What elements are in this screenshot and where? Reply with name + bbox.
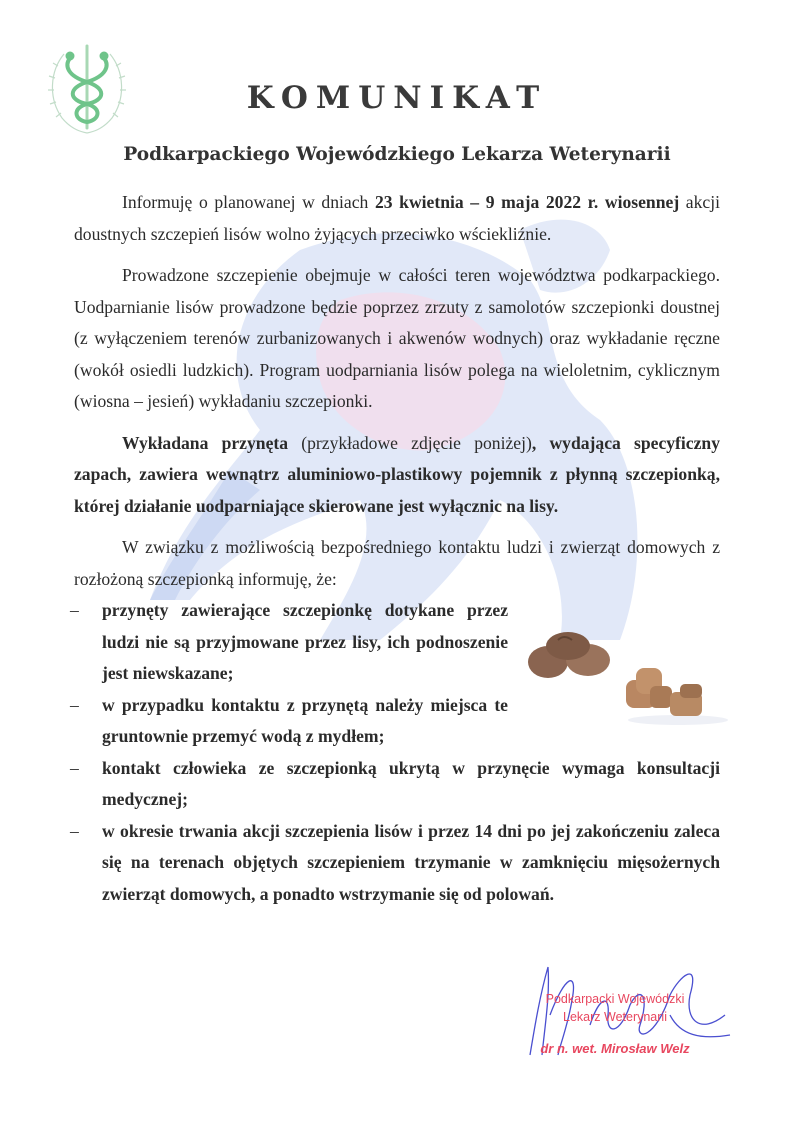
bait-lead: Wykładana przynęta — [122, 433, 288, 453]
campaign-dates: 23 kwietnia – 9 maja 2022 r. wiosennej — [375, 192, 679, 212]
list-item: w okresie trwania akcji szczepienia lisó… — [74, 816, 720, 911]
paragraph-announcement: Informuję o planowanej w dniach 23 kwiet… — [74, 187, 720, 250]
paragraph-warning-intro: W związku z możliwością bezpośredniego k… — [74, 532, 720, 595]
document-body: Informuję o planowanej w dniach 23 kwiet… — [74, 187, 720, 910]
stamp-signatory-name: dr n. wet. Mirosław Welz — [500, 1040, 730, 1058]
bait-photo-note: (przykładowe zdjęcie poniżej) — [288, 433, 532, 453]
announcement-lead: Informuję o planowanej w dniach — [122, 192, 375, 212]
paragraph-bait-description: Wykładana przynęta (przykładowe zdjęcie … — [74, 428, 720, 523]
stamp-office: Podkarpacki Wojewódzki — [500, 990, 730, 1008]
document-page: KOMUNIKAT Podkarpackiego Wojewódzkiego L… — [0, 0, 794, 1123]
list-item: w przypadku kontaktu z przynętą należy m… — [74, 690, 508, 753]
stamp-role: Lekarz Weterynarii — [500, 1008, 730, 1026]
list-item: kontakt człowieka ze szczepionką ukrytą … — [74, 753, 720, 816]
page-title: KOMUNIKAT — [0, 80, 794, 116]
page-subtitle: Podkarpackiego Wojewódzkiego Lekarza Wet… — [0, 144, 794, 165]
official-stamp: Podkarpacki Wojewódzki Lekarz Weterynari… — [500, 990, 730, 1058]
vaccine-bait-icon — [518, 620, 738, 730]
paragraph-coverage: Prowadzone szczepienie obejmuje w całośc… — [74, 260, 720, 418]
list-item: przynęty zawierające szczepionkę dotykan… — [74, 595, 508, 690]
